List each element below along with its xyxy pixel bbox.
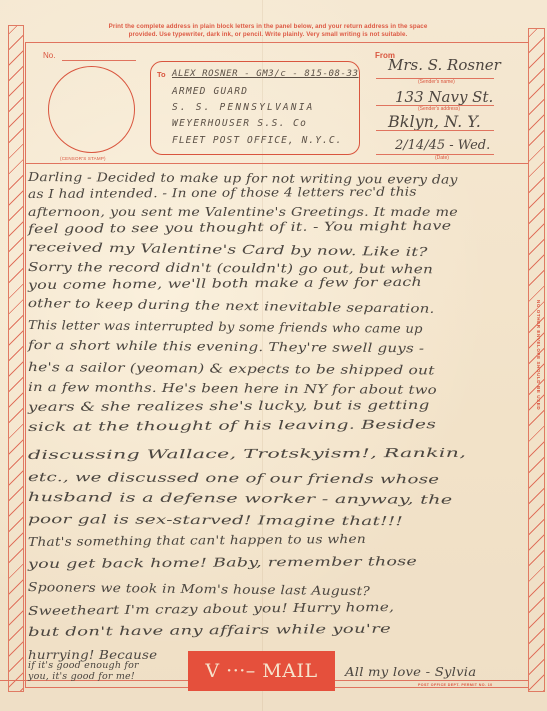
censor-stamp-label: (CENSOR'S STAMP) (60, 156, 106, 161)
recipient-line-3: S. S. PENNSYLVANIA (172, 102, 315, 113)
to-label: To (157, 70, 166, 79)
sender-address-line-2: Bklyn, N. Y. (388, 112, 481, 131)
address-instructions: Print the complete address in plain bloc… (98, 23, 438, 39)
instructions-line-1: Print the complete address in plain bloc… (98, 23, 438, 31)
date-caption: (Date) (435, 155, 449, 161)
letter-line: in a few months. He's been here in NY fo… (28, 380, 437, 397)
sender-name-caption: (Sender's name) (418, 79, 455, 85)
letter-line: Sorry the record didn't (couldn't) go ou… (28, 260, 433, 276)
header-rule (25, 42, 528, 43)
vmail-logo: V ···– MAIL (188, 651, 335, 691)
number-field-line (62, 60, 136, 61)
letter-line: you, it's good for me! (28, 671, 135, 682)
recipient-line-2: ARMED GUARD (172, 86, 248, 97)
sender-address-line-1: 133 Navy St. (395, 88, 493, 106)
censor-stamp-circle (48, 66, 135, 153)
letter-line: poor gal is sex-starved! Imagine that!!! (28, 512, 403, 528)
sender-city-line (376, 130, 494, 131)
left-frame-rule (25, 42, 26, 687)
letter-line: discussing Wallace, Trotskyism!, Rankin, (28, 446, 466, 462)
recipient-line-5: FLEET POST OFFICE, N.Y.C. (172, 135, 343, 146)
letter-line: if it's good enough for (28, 660, 139, 671)
number-label: No. (43, 51, 55, 60)
letter-line: afternoon, you sent me Valentine's Greet… (28, 205, 458, 219)
recipient-line-4: WEYERHOUSER S.S. Co (172, 118, 307, 129)
letter-line: you get back home! Baby, remember those (28, 554, 417, 571)
address-divider-rule (25, 163, 528, 164)
instructions-line-2: provided. Use typewriter, dark ink, or p… (98, 31, 438, 39)
letter-line: as I had intended. - In one of those 4 l… (28, 185, 417, 201)
letter-signoff: All my love - Sylvia (345, 665, 476, 679)
recipient-line-1: ALEX ROSNER - GM3/c - 815-08-33 (172, 69, 359, 79)
left-hatched-border (8, 25, 24, 692)
letter-line: husband is a defense worker - anyway, th… (28, 490, 453, 507)
sender-name: Mrs. S. Rosner (388, 56, 501, 74)
sender-date: 2/14/45 - Wed. (395, 138, 490, 153)
letter-line: years & she realizes she's lucky, but is… (28, 398, 430, 414)
permit-number: POST OFFICE DEPT. PERMIT NO. 10 (418, 683, 493, 687)
letter-line: sick at the thought of his leaving. Besi… (28, 417, 436, 434)
letter-line: etc., we discussed one of our friends wh… (28, 470, 439, 486)
envelope-notice: NO OTHER ENVELOPE SHOULD BE USED (536, 300, 541, 410)
